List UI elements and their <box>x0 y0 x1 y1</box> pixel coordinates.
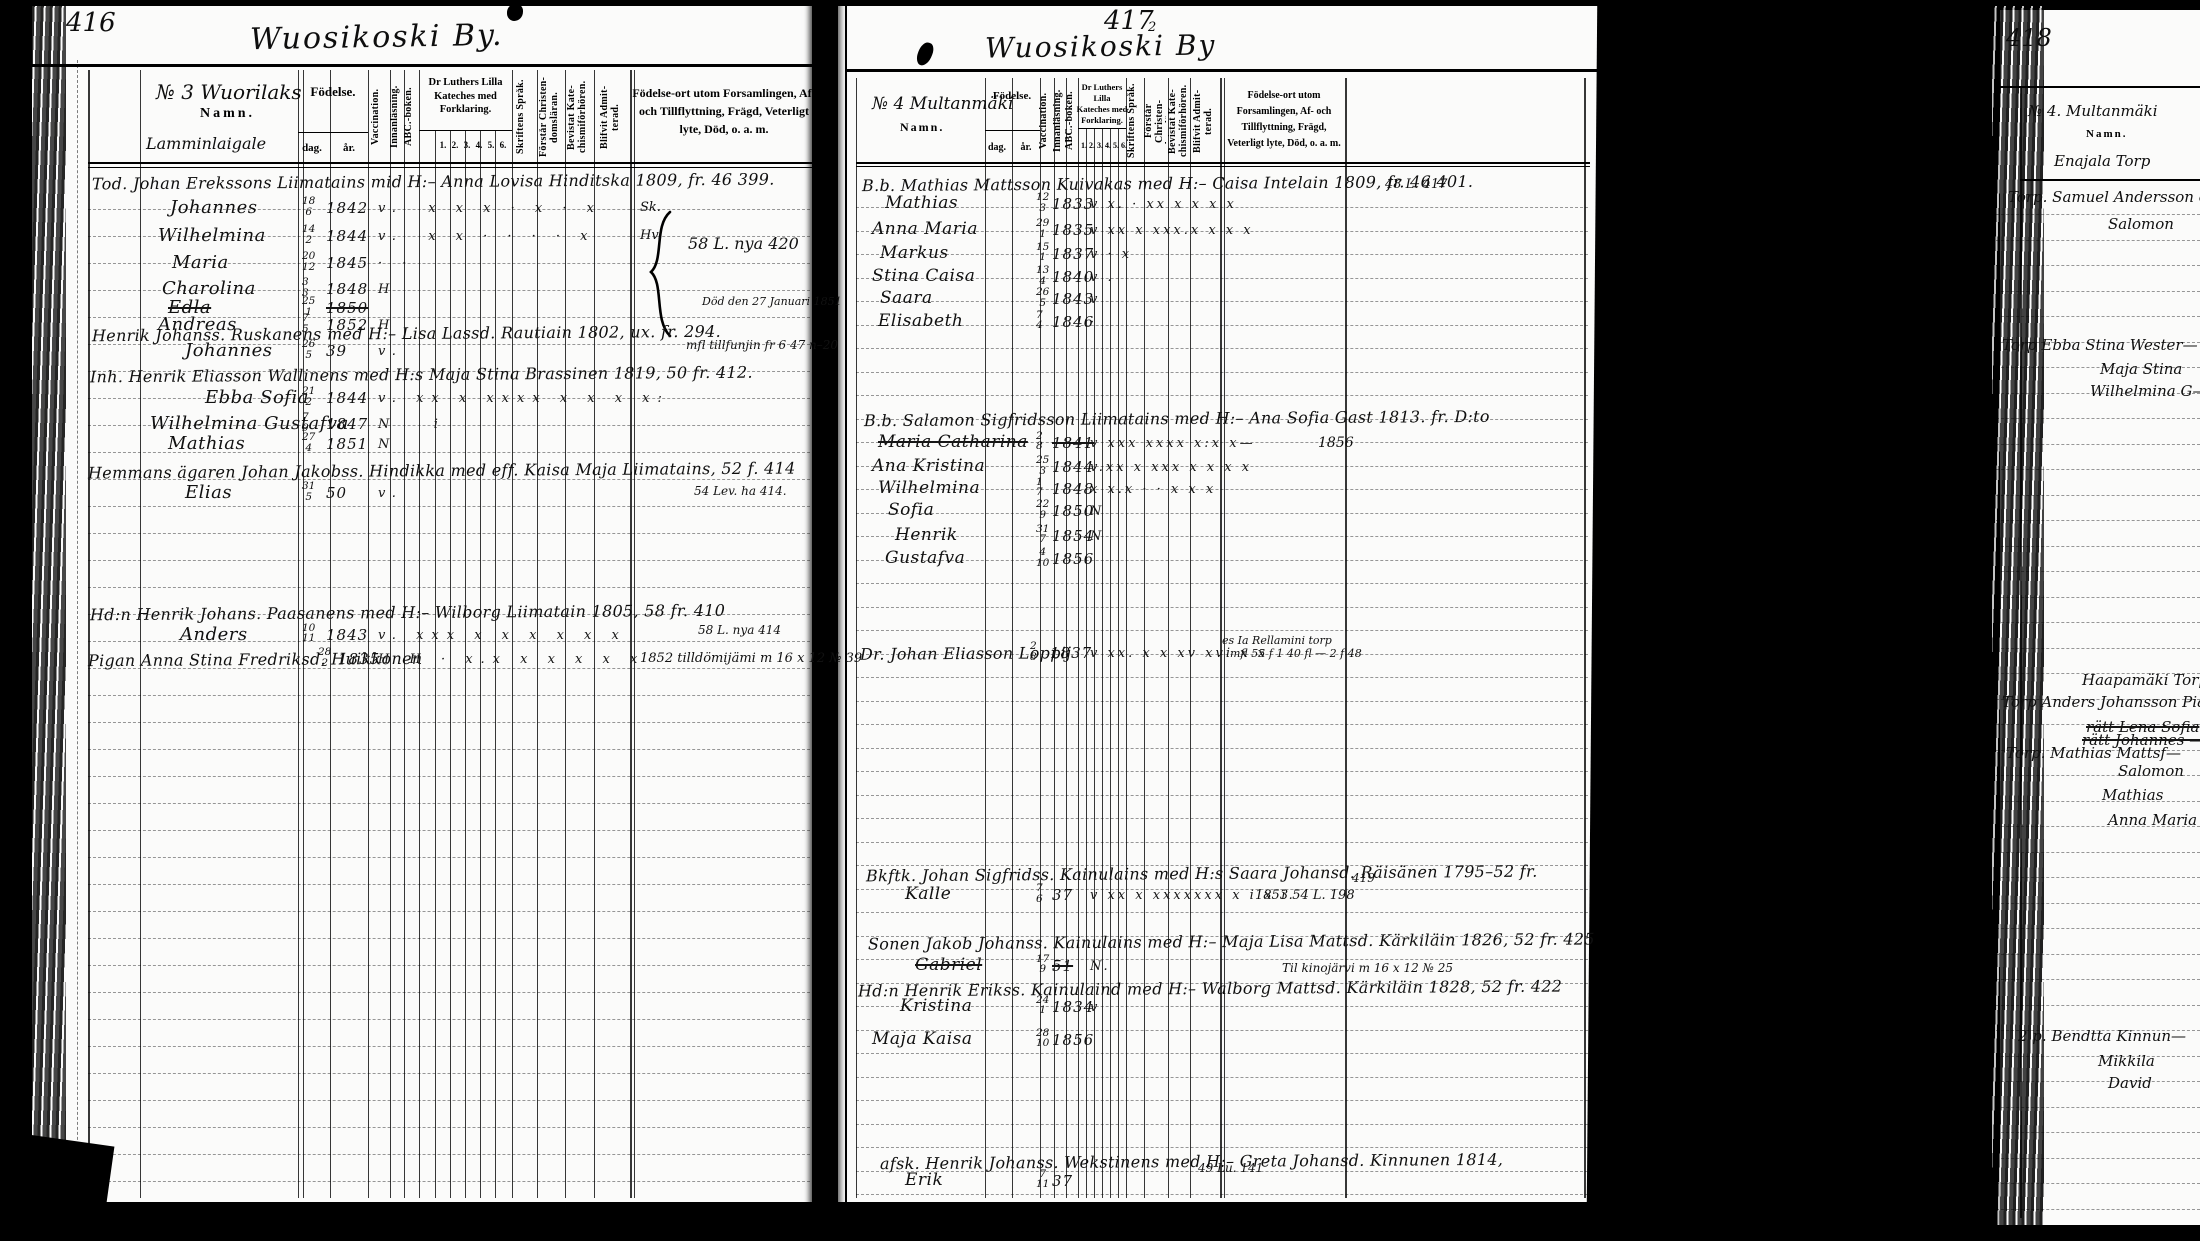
catechism-column-number: 3. <box>461 140 473 150</box>
ruled-line <box>1996 291 2200 292</box>
entry-birth-date: 265 <box>302 339 315 360</box>
entry-marks: N <box>1090 529 1104 544</box>
vertical-column-header: Förstår Christen- domsläran. <box>1144 82 1166 160</box>
entry-birth-year: 1837 <box>1052 245 1094 263</box>
catechism-column-number: 6. <box>497 140 509 150</box>
entry-birth-year: 39 <box>326 342 347 360</box>
vertical-column-header: Bevistat Kate- chismiförhören. <box>1168 82 1190 160</box>
entry-name: Maria Catharina <box>878 432 1028 452</box>
column-header-catechism: Dr Luthers Lilla Kateches med Forklaring… <box>417 76 514 117</box>
entry-marks: · · <box>378 256 414 271</box>
header-rule <box>856 162 1590 164</box>
entry-birth-year: 1843 <box>326 626 368 644</box>
ruled-line <box>88 938 820 939</box>
header-rule <box>32 64 838 67</box>
margin-note: 58 L. nya 414 <box>698 623 781 637</box>
entry-note: Hv. <box>640 228 661 243</box>
entry-birth-date-part: 5 <box>305 492 312 503</box>
ledger-entry: Mathias <box>2102 786 2163 804</box>
header-rule <box>2020 179 2200 181</box>
entry-birth-year: 51 <box>1052 957 1073 975</box>
ruled-line <box>856 325 1588 326</box>
ruled-line <box>856 630 1588 631</box>
ruled-line <box>88 506 820 507</box>
entry-marks: v.xx x xxx x x x x <box>1090 460 1252 475</box>
entry-birth-date-part: 2 <box>321 658 328 669</box>
ledger-entry: Torp Ebba Stina Wester— <box>2002 336 2198 354</box>
entry-birth-year: 1841 <box>1052 434 1094 452</box>
ruled-line <box>88 1019 820 1020</box>
vertical-column-header: Vaccination. <box>371 75 387 159</box>
ruled-line <box>1996 852 2200 853</box>
entry-name: Elias <box>185 482 232 503</box>
scan-gap-black <box>1630 0 2000 1241</box>
ruled-line <box>88 1154 820 1155</box>
entry-name: Kalle <box>905 884 951 904</box>
entry-birth-date: 142 <box>302 224 315 245</box>
ruled-line <box>1996 316 2200 317</box>
entry-birth-year: 1842 <box>326 199 368 217</box>
ruled-line <box>1996 495 2200 496</box>
column-header-year: år. <box>1011 142 1041 153</box>
margin-note: mfl 55 f 1 40 fl — 2 f 48 <box>1230 647 1362 660</box>
entry-name: Ebba Sofia <box>205 387 309 408</box>
ruled-line <box>88 533 820 534</box>
entry-marks: H H · x.x x x x x x <box>378 652 645 667</box>
entry-birth-date: 410 <box>1036 547 1049 568</box>
entry-birth-date-part: 5 <box>305 350 312 361</box>
entry-birth-year: 1835 <box>338 650 380 668</box>
entry-birth-date-part: 9 <box>1039 964 1046 975</box>
ruled-line <box>1996 546 2200 547</box>
header-rule <box>88 167 820 168</box>
entry-name: Wilhelmina <box>878 478 980 498</box>
column-rule <box>88 70 90 1198</box>
ruled-line <box>856 301 1588 302</box>
ruled-line <box>856 724 1588 725</box>
catechism-column-number: 2. <box>449 140 461 150</box>
entry-birth-date-part: 1 <box>1039 252 1046 263</box>
entry-birth-date-part: 22 <box>1036 499 1049 510</box>
entry-birth-year: 1844 <box>1052 458 1094 476</box>
entry-birth-date-part: 4 <box>1036 320 1043 331</box>
entry-birth-year: 1850 <box>326 299 368 317</box>
header-rule <box>856 166 1590 167</box>
ruled-line <box>856 254 1588 255</box>
entry-birth-date: 28 <box>1030 641 1037 662</box>
ruled-line <box>88 911 820 912</box>
entry-birth-date-part: 7 <box>1039 534 1046 545</box>
entry-marks: v. x x · · · · x <box>378 229 596 244</box>
entry-birth-year: 37 <box>1052 1172 1073 1190</box>
ruled-line <box>1996 1209 2200 1210</box>
column-rule <box>2020 88 2022 1218</box>
page-title-right: Wuosikoski By <box>985 28 1217 64</box>
vertical-column-header: Vaccination. <box>1039 82 1053 160</box>
ruled-line <box>856 1100 1588 1101</box>
entry-birth-year: 1846 <box>1052 313 1094 331</box>
column-rule <box>1110 128 1111 1198</box>
column-header-catechism: Dr Luthers Lilla Kateches med Forklaring… <box>1076 82 1128 126</box>
entry-birth-date-part: 6 <box>1036 894 1043 905</box>
entry-name: Gabriel <box>915 955 982 975</box>
entry-name: Maria <box>172 252 229 273</box>
ruled-line <box>1996 520 2200 521</box>
page-number-416: 416 <box>66 8 116 38</box>
entry-name: Elisabeth <box>878 311 963 331</box>
margin-note: Til kinojärvi m 16 x 12 № 25 <box>1282 961 1453 975</box>
column-header-birth: Födelse. <box>298 84 368 100</box>
entry-birth-date-part: 1 <box>1039 1005 1046 1016</box>
entry-birth-date: 2012 <box>302 251 315 272</box>
entry-name: Sofia <box>888 500 934 520</box>
ruled-line <box>856 818 1588 819</box>
ruled-line <box>856 842 1588 843</box>
entry-birth-date: 241 <box>1036 995 1049 1016</box>
entry-birth-date-part: 8 <box>1036 441 1043 452</box>
torn-corner-bottom-left <box>16 1134 115 1216</box>
ledger-entry: Maja Stina <box>2100 360 2182 378</box>
catechism-column-number: 5. <box>485 140 497 150</box>
entry-marks: v. x x x · x · x <box>378 201 602 216</box>
ruled-line <box>856 1053 1588 1054</box>
column-header-name: Namn. <box>900 120 944 135</box>
entry-birth-year: 1837 <box>1050 644 1092 662</box>
entry-birth-date: 74 <box>1036 310 1043 331</box>
entry-birth-date-part: 28 <box>318 647 331 658</box>
column-rule <box>816 70 818 1198</box>
entry-birth-date-part: 11 <box>1036 1179 1049 1190</box>
entry-marks: v <box>1090 292 1100 307</box>
ledger-entry: Torp. Samuel Andersson o— <box>2008 188 2200 206</box>
vertical-column-header: Blifvit Admit- terad. <box>1193 82 1215 160</box>
ruled-line <box>88 560 820 561</box>
entry-birth-date-part: 6 <box>305 207 312 218</box>
entry-marks: x x.x · · x x x <box>1090 482 1216 497</box>
ruled-line <box>88 1181 820 1182</box>
ruled-line <box>856 536 1588 537</box>
entry-name: Johannes <box>170 197 257 218</box>
ledger-entry: David <box>2108 1074 2152 1092</box>
ruled-line <box>856 348 1588 349</box>
ruled-line <box>88 992 820 993</box>
entry-birth-date: 76 <box>1036 883 1043 904</box>
margin-note: 49 Lu. 141 <box>1198 1161 1263 1175</box>
ledger-entry: Anna Maria — <box>2108 811 2200 829</box>
entry-name: Markus <box>880 243 949 263</box>
margin-note: 54 Lev. ha 414. <box>694 484 787 498</box>
entry-birth-date-part: 7 <box>1036 487 1043 498</box>
entry-name: Mathias <box>168 433 245 454</box>
column-header-name: Namn. <box>200 106 255 122</box>
margin-note: 419 <box>1352 871 1375 885</box>
header-rule <box>1994 86 2200 88</box>
ledger-entry: Salomon <box>2118 762 2184 780</box>
entry-birth-date-part: 9 <box>1039 510 1046 521</box>
ruled-line <box>1996 801 2200 802</box>
column-header-notes: Födelse-ort utom Forsamlingen, Af- och T… <box>630 84 818 138</box>
margin-note: 1856 <box>1318 435 1354 451</box>
ledger-entry: Torp. Mathias Mattsf— <box>2006 744 2181 762</box>
ruled-line <box>1996 1132 2200 1133</box>
ruled-line <box>1996 469 2200 470</box>
ledger-entry: Mikkila <box>2098 1052 2155 1070</box>
ledger-number-handwritten: № 4. Multanmäki <box>2028 102 2158 120</box>
ruled-line <box>88 803 820 804</box>
entry-marks: v. <box>378 344 404 359</box>
entry-birth-date: 123 <box>1036 192 1049 213</box>
ruled-line <box>1996 622 2200 623</box>
scan-top-black <box>0 0 2200 6</box>
entry-birth-year: 37 <box>1052 886 1073 904</box>
entry-birth-year: 1851 <box>326 435 368 453</box>
torn-edge-left <box>32 0 66 1241</box>
ruled-line <box>1996 571 2200 572</box>
catechism-column-number: 4. <box>473 140 485 150</box>
entry-birth-date-part: 2 <box>305 397 312 408</box>
ruled-line <box>88 1073 820 1074</box>
ruled-line <box>88 722 820 723</box>
ruled-line <box>1996 877 2200 878</box>
scan-bottom-black <box>0 1202 1640 1241</box>
ruled-line <box>856 583 1588 584</box>
entry-birth-date-part: 12 <box>302 262 315 273</box>
entry-birth-date: 711 <box>1036 1169 1049 1190</box>
ruled-line <box>1996 444 2200 445</box>
entry-name: Stina Caisa <box>872 266 975 286</box>
ruled-line <box>1996 954 2200 955</box>
entry-marks: v. <box>378 486 404 501</box>
village-subheading: Enajala Torp <box>2054 152 2150 170</box>
entry-birth-year: 1848 <box>326 280 368 298</box>
catechism-column-number: 1. <box>437 140 449 150</box>
entry-name: Gustafva <box>885 548 965 568</box>
ruled-line <box>88 1046 820 1047</box>
entry-birth-year: 1844 <box>326 389 368 407</box>
ruled-line <box>88 587 820 588</box>
header-rule <box>298 132 368 133</box>
entry-birth-year: 50 <box>326 484 347 502</box>
entry-marks: v xxx xxxx x:x x— <box>1090 436 1256 451</box>
ruled-line <box>1996 648 2200 649</box>
vertical-column-header: Bevistat Kate- chismiförhören. <box>567 75 591 159</box>
entry-birth-year: 1856 <box>1052 1031 1094 1049</box>
entry-birth-date-part: 11 <box>302 633 315 644</box>
margin-rule-left <box>77 60 78 1200</box>
entry-name: Charolina <box>162 278 256 299</box>
entry-name: Wilhelmina Gustafva <box>150 413 349 434</box>
entry-birth-year: 1845 <box>326 254 368 272</box>
vertical-column-header: Innanläsning. <box>390 75 404 159</box>
header-rule <box>847 69 1602 72</box>
entry-birth-date-part: 4 <box>305 443 312 454</box>
ruled-line <box>88 965 820 966</box>
entry-birth-date-part: 2 <box>305 235 312 246</box>
entry-birth-year: 1834 <box>1052 998 1094 1016</box>
ruled-line <box>856 771 1588 772</box>
entry-name: Maja Kaisa <box>872 1029 972 1049</box>
ledger-entry-family: Dr. Johan Eliasson Loppij <box>860 643 1072 663</box>
ruled-line <box>856 372 1588 373</box>
margin-note: 1853 54 L. 198 <box>1255 888 1355 903</box>
entry-marks: · <box>1090 315 1097 330</box>
column-rule <box>634 70 635 1198</box>
ruled-line <box>88 695 820 696</box>
entry-birth-year: 1835 <box>1052 221 1094 239</box>
column-rule <box>821 70 822 1198</box>
vertical-column-header: ABC.-boken. <box>1065 82 1077 160</box>
page-number-418: 418 <box>2006 24 2052 52</box>
column-rule <box>298 70 299 1198</box>
ledger-entry: Torp Anders Johansson Piart— <box>2002 693 2200 711</box>
ruled-line <box>856 1194 1588 1195</box>
entry-birth-date: 79 <box>302 412 309 433</box>
entry-birth-year: 1844 <box>326 227 368 245</box>
ledger-entry: Haapamäki Torp <box>2082 671 2200 689</box>
ruled-line <box>88 884 820 885</box>
column-header-day: dag. <box>294 142 330 154</box>
margin-note: es Ia Rellamini torp <box>1222 634 1332 647</box>
margin-note: 58 L. nya 420 <box>688 234 799 253</box>
entry-birth-date-part: 10 <box>1036 1038 1049 1049</box>
ruled-line <box>1996 240 2200 241</box>
ruled-line <box>1996 265 2200 266</box>
entry-birth-date-part: 3 <box>1039 203 1046 214</box>
entry-name: Anna Maria <box>872 219 978 239</box>
ruled-line <box>88 857 820 858</box>
ledger-entry: 2 p. Bendtta Kinnun— <box>2018 1027 2186 1045</box>
ruled-line <box>88 749 820 750</box>
entry-birth-date-part: 1 <box>1039 229 1046 240</box>
ruled-line <box>1996 1158 2200 1159</box>
entry-note: 1852 tilldömijämi m 16 x 12 № 39 <box>640 651 862 666</box>
scan-bottom-black-right <box>1992 1225 2200 1241</box>
entry-birth-date-part: 5 <box>1039 298 1046 309</box>
entry-birth-date-part: 4 <box>1039 276 1046 287</box>
column-header-name: Namn. <box>2086 128 2127 140</box>
catechism-column-number: 6. <box>1118 141 1130 150</box>
ruled-line <box>856 1147 1588 1148</box>
entry-name: Kristina <box>900 996 972 1016</box>
entry-birth-date: 186 <box>302 196 315 217</box>
entry-name: Erik <box>905 1170 943 1190</box>
entry-birth-date: 151 <box>1036 242 1049 263</box>
header-rule <box>419 130 512 131</box>
header-rule <box>985 130 1040 131</box>
ruled-line <box>88 1127 820 1128</box>
entry-birth-date-part: 10 <box>1036 558 1049 569</box>
ruled-line <box>856 912 1588 913</box>
entry-birth-date: 274 <box>302 432 315 453</box>
entry-marks: v · x <box>1090 247 1132 262</box>
entry-marks: v x. · xx x x x x <box>1090 197 1237 212</box>
header-rule <box>88 162 820 164</box>
entry-birth-date: 179 <box>1036 954 1049 975</box>
entry-marks: v xx x xxx.x x x x <box>1090 223 1254 238</box>
entry-birth-date: 265 <box>1036 287 1049 308</box>
column-header-year: år. <box>330 142 368 154</box>
vertical-column-header: ABC.-boken. <box>404 75 419 159</box>
entry-marks: v . <box>1090 270 1115 285</box>
ledger-entry-family: afsk. Henrik Johanss. Wekstinens med H:–… <box>880 1149 1503 1172</box>
ruled-line <box>1996 1081 2200 1082</box>
ledger-entry: Salomon <box>2108 215 2174 233</box>
entry-birth-date: 28 <box>1036 431 1043 452</box>
entry-birth-date: 282 <box>318 647 331 668</box>
column-rule <box>630 70 632 1198</box>
entry-marks: N <box>1090 504 1104 519</box>
ruled-line <box>856 560 1588 561</box>
column-header-notes: Födelse-ort utom Forsamlingen, Af- och T… <box>1222 88 1346 152</box>
entry-birth-date-part: 31 <box>302 481 315 492</box>
entry-marks: v. xx x xxxx x x x x: <box>378 391 670 406</box>
ruled-line <box>1996 979 2200 980</box>
entry-note: Sk. <box>640 200 661 215</box>
margin-note: mfl tillfunjin fr 6 47 n–20 <box>686 338 838 352</box>
entry-birth-year: 1833 <box>1052 195 1094 213</box>
entry-birth-date: 1011 <box>302 623 315 644</box>
entry-birth-date: 2810 <box>1036 1028 1049 1049</box>
entry-name: Mathias <box>885 193 958 213</box>
entry-birth-year: 1840 <box>1052 268 1094 286</box>
entry-marks: N <box>378 437 397 452</box>
entry-birth-year: 1856 <box>1052 550 1094 568</box>
margin-note: Död den 27 Januari 1851 <box>702 295 842 308</box>
ruled-line <box>1996 1107 2200 1108</box>
ruled-line <box>88 830 820 831</box>
entry-birth-year: 1843 <box>1052 290 1094 308</box>
entry-marks: H <box>378 282 397 297</box>
entry-name: Ana Kristina <box>872 456 985 476</box>
entry-name: Saara <box>880 288 933 308</box>
vertical-column-header: Blifvit Admit- terad. <box>600 75 624 159</box>
entry-birth-date: 212 <box>302 386 315 407</box>
entry-marks: N. <box>1090 959 1111 974</box>
vertical-column-header: Skriftens Språk. <box>516 75 532 159</box>
entry-birth-date: 134 <box>1036 265 1049 286</box>
ruled-line <box>1996 928 2200 929</box>
ruled-line <box>88 1100 820 1101</box>
scanned-register-spread: 416 Wuosikoski By. 417 2 Wuosikoski By 4… <box>0 0 2200 1241</box>
ruled-line <box>1996 418 2200 419</box>
entry-birth-date: 229 <box>1036 499 1049 520</box>
entry-birth-date: 17 <box>1036 477 1043 498</box>
ruled-line <box>856 607 1588 608</box>
ruled-line <box>856 1124 1588 1125</box>
ruled-line <box>856 701 1588 702</box>
ruled-line <box>856 513 1588 514</box>
entry-marks: v. xxx x x x x x x <box>378 628 627 643</box>
ruled-line <box>856 748 1588 749</box>
vertical-column-header: Innanläsning. <box>1053 82 1065 160</box>
column-rule <box>1102 128 1103 1198</box>
header-rule <box>1078 128 1126 129</box>
entry-birth-year: 1854 <box>1052 527 1094 545</box>
ruled-line <box>856 395 1588 396</box>
ledger-entry: Wilhelmina G— <box>2090 382 2200 400</box>
page-title-left: Wuosikoski By. <box>250 18 504 57</box>
ledger-entry-family: Hd:n Henrik Johans. Paasanens med H:– Wi… <box>90 600 725 623</box>
village-subheading: Lamminlaigale <box>146 134 266 153</box>
column-header-day: dag. <box>982 142 1012 153</box>
vertical-column-header: Förstår Christen- domsläran. <box>539 75 563 159</box>
ruled-line <box>1996 903 2200 904</box>
margin-note: 48 L. 417 <box>1385 177 1447 192</box>
ruled-line <box>1996 597 2200 598</box>
entry-birth-date: 315 <box>302 481 315 502</box>
ruled-line <box>1996 1005 2200 1006</box>
column-rule <box>140 70 141 1198</box>
